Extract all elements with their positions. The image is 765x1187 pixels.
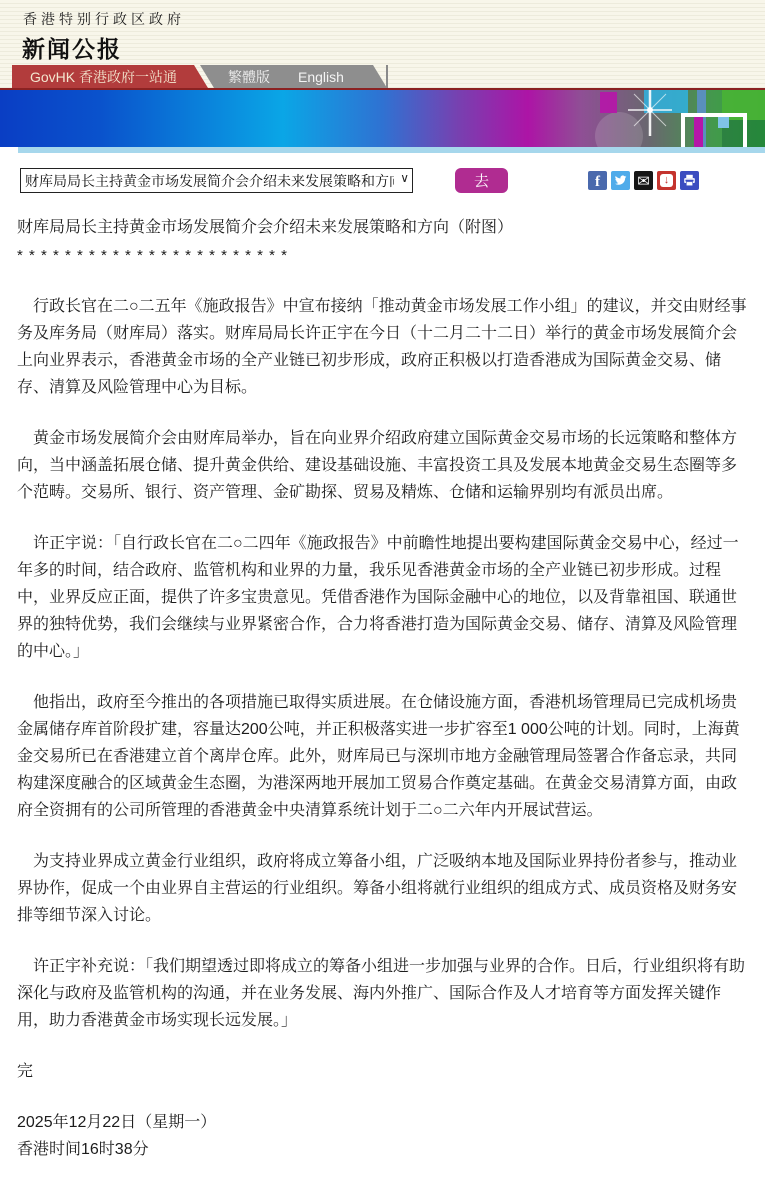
banner-magenta-square (600, 92, 617, 113)
tab-language-group: 繁體版 English (200, 65, 387, 88)
article-paragraph: 许正宇补充说：「我们期望透过即将成立的筹备小组进一步加强与业界的合作。日后，行业… (17, 953, 747, 1034)
top-tab-bar: GovHK 香港政府一站通 繁體版 English (12, 65, 388, 88)
banner-white-frame (681, 113, 747, 147)
release-date: 2025年12月22日（星期一） (17, 1114, 216, 1131)
asterisk-divider: * * * * * * * * * * * * * * * * * * * * … (17, 242, 747, 269)
save-arrow-icon: ↓ (660, 174, 673, 187)
banner-underline (18, 147, 765, 153)
twitter-bird-icon (614, 175, 627, 186)
site-title: 新闻公报 (0, 29, 765, 64)
page-header: 香港特别行政区政府 新闻公报 GovHK 香港政府一站通 繁體版 English (0, 0, 765, 88)
news-select[interactable]: 财库局局长主持黄金市场发展简介会介绍未来发展策略和方向 (20, 168, 413, 193)
email-share-icon[interactable]: ✉ (634, 171, 653, 190)
article-body: 财库局局长主持黄金市场发展简介会介绍未来发展策略和方向（附图） * * * * … (0, 214, 765, 1187)
date-block: 2025年12月22日（星期一） 香港时间16时38分 (17, 1109, 747, 1163)
article-paragraph: 黄金市场发展简介会由财库局举办，旨在向业界介绍政府建立国际黄金交易市场的长远策略… (17, 425, 747, 506)
banner-frame-stripe (694, 117, 703, 147)
government-name: 香港特别行政区政府 (0, 0, 765, 29)
printer-icon (683, 174, 696, 187)
article-paragraph: 许正宇说：「自行政长官在二○二四年《施政报告》中前瞻性地提出要构建国际黄金交易中… (17, 530, 747, 665)
tab-traditional-chinese[interactable]: 繁體版 (228, 67, 270, 87)
share-icon-group: f ✉ ↓ (588, 171, 699, 190)
decorative-banner (0, 90, 765, 147)
go-button[interactable]: 去 (455, 168, 508, 193)
save-share-icon[interactable]: ↓ (657, 171, 676, 190)
article-title: 财库局局长主持黄金市场发展简介会介绍未来发展策略和方向（附图） (17, 214, 747, 241)
paragraph-list: 行政长官在二○二五年《施政报告》中宣布接纳「推动黄金市场发展工作小组」的建议，并… (17, 293, 747, 1034)
article-paragraph: 为支持业界成立黄金行业组织，政府将成立筹备小组，广泛吸纳本地及国际业界持份者参与… (17, 848, 747, 929)
tab-govhk-label: GovHK 香港政府一站通 (30, 67, 177, 87)
release-time: 香港时间16时38分 (17, 1141, 149, 1158)
print-share-icon[interactable] (680, 171, 699, 190)
article-paragraph: 行政长官在二○二五年《施政报告》中宣布接纳「推动黄金市场发展工作小组」的建议，并… (17, 293, 747, 401)
news-select-wrap: 财库局局长主持黄金市场发展简介会介绍未来发展策略和方向 ∨ (20, 168, 413, 193)
tab-divider (386, 65, 388, 88)
end-mark: 完 (17, 1058, 747, 1085)
starburst-icon (624, 90, 676, 136)
article-paragraph: 他指出，政府至今推出的各项措施已取得实质进展。在仓储设施方面，香港机场管理局已完… (17, 689, 747, 824)
toolbar: 财库局局长主持黄金市场发展简介会介绍未来发展策略和方向 ∨ 去 f ✉ ↓ (20, 168, 765, 193)
facebook-share-icon[interactable]: f (588, 171, 607, 190)
tab-english[interactable]: English (298, 69, 344, 85)
twitter-share-icon[interactable] (611, 171, 630, 190)
tab-govhk[interactable]: GovHK 香港政府一站通 (12, 65, 208, 88)
